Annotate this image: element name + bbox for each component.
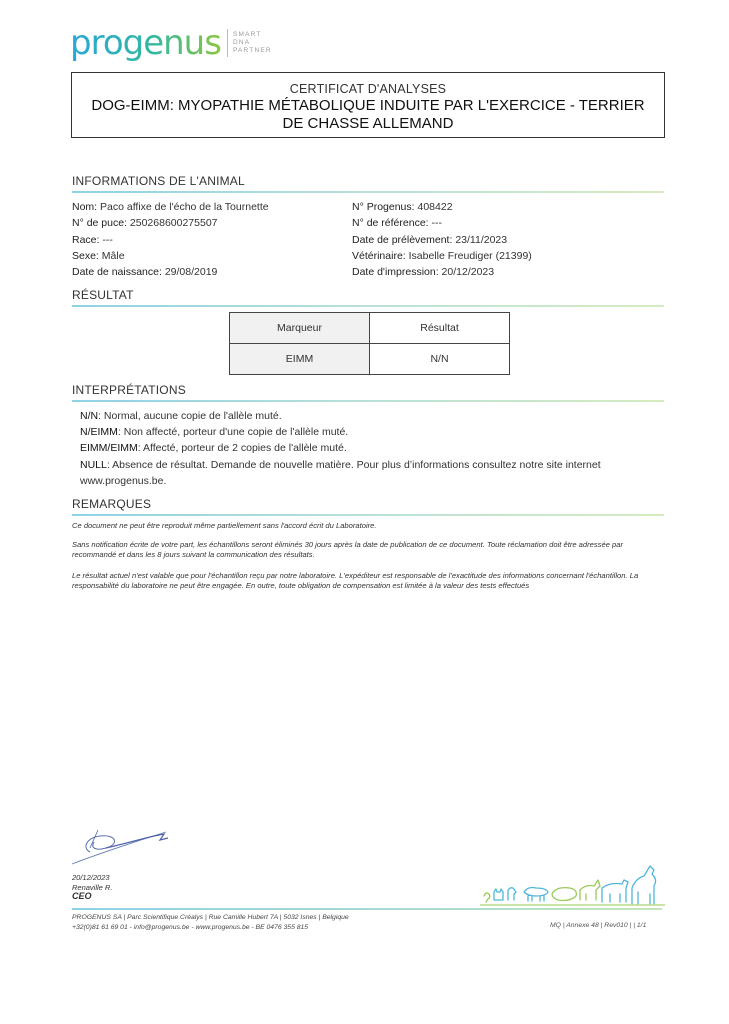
section-divider <box>72 191 664 193</box>
interpretation-item: NULL: Absence de résultat. Demande de no… <box>80 457 660 489</box>
signature-image <box>68 826 178 868</box>
section-interpretations: INTERPRÉTATIONS <box>72 383 664 402</box>
logo-wordmark: progenus <box>70 23 221 63</box>
cat-icon <box>494 889 503 900</box>
interpretation-list: N/N: Normal, aucune copie de l'allèle mu… <box>80 408 660 489</box>
logo-separator <box>227 29 228 57</box>
footer-address-line: PROGENUS SA | Parc Scientifique Créalys … <box>72 913 349 923</box>
field-progenus-no: N° Progenus: 408422 <box>352 199 532 215</box>
column-header: Marqueur <box>230 313 370 344</box>
section-animal-info: INFORMATIONS DE L'ANIMAL <box>72 174 664 193</box>
field-sexe: Sexe: Mâle <box>72 248 269 264</box>
field-reference: N° de référence: --- <box>352 215 532 231</box>
animal-info-left: Nom: Paco affixe de l'écho de la Tournet… <box>72 199 269 280</box>
result-cell: N/N <box>370 344 510 375</box>
section-result: RÉSULTAT <box>72 288 664 307</box>
signature-role: CEO <box>72 892 112 902</box>
field-impression: Date d'impression: 20/12/2023 <box>352 264 532 280</box>
pig-icon <box>552 888 576 901</box>
marker-cell: EIMM <box>230 344 370 375</box>
mouse-icon <box>484 893 490 902</box>
document-reference: MQ | Annexe 48 | Rev010 | | 1/1 <box>550 922 646 929</box>
field-prelevement: Date de prélèvement: 23/11/2023 <box>352 232 532 248</box>
goat-icon <box>580 880 600 900</box>
signature-date: 20/12/2023 <box>72 873 112 883</box>
column-header: Résultat <box>370 313 510 344</box>
footer-contact-line: +32(0)81 61 69 01 - info@progenus.be - w… <box>72 923 349 933</box>
field-nom: Nom: Paco affixe de l'écho de la Tournet… <box>72 199 269 215</box>
signature-block: 20/12/2023 Renaville R. CEO <box>72 873 112 902</box>
cow-icon <box>602 880 628 902</box>
certificate-title-box: CERTIFICAT D'ANALYSES DOG-EIMM: MYOPATHI… <box>71 72 665 138</box>
animal-info-right: N° Progenus: 408422 N° de référence: ---… <box>352 199 532 280</box>
section-heading: RÉSULTAT <box>72 288 664 302</box>
section-divider <box>72 400 664 402</box>
certificate-title: DOG-EIMM: MYOPATHIE MÉTABOLIQUE INDUITE … <box>72 97 664 133</box>
interpretation-item: EIMM/EIMM: Affecté, porteur de 2 copies … <box>80 440 660 456</box>
horse-icon <box>632 866 656 904</box>
remark-paragraph: Sans notification écrite de votre part, … <box>72 540 666 560</box>
sheep-icon <box>524 888 548 902</box>
remark-paragraph: Ce document ne peut être reproduit même … <box>72 521 666 531</box>
progenus-logo: progenus SMART DNA PARTNER <box>70 22 272 64</box>
logo-tagline: SMART DNA PARTNER <box>233 31 272 55</box>
interpretation-item: N/EIMM: Non affecté, porteur d'une copie… <box>80 424 660 440</box>
field-veterinaire: Vétérinaire: Isabelle Freudiger (21399) <box>352 248 532 264</box>
section-remarks: REMARQUES <box>72 497 664 516</box>
field-puce: N° de puce: 250268600275507 <box>72 215 269 231</box>
field-race: Race: --- <box>72 232 269 248</box>
section-heading: REMARQUES <box>72 497 664 511</box>
footer-divider <box>72 908 662 910</box>
certificate-subtitle: CERTIFICAT D'ANALYSES <box>72 82 664 96</box>
footer-address: PROGENUS SA | Parc Scientifique Créalys … <box>72 913 349 932</box>
result-table: Marqueur Résultat EIMM N/N <box>229 312 510 375</box>
section-divider <box>72 305 664 307</box>
dog-icon <box>508 888 516 900</box>
remark-paragraph: Le résultat actuel n'est valable que pou… <box>72 571 666 591</box>
animals-illustration <box>480 858 665 906</box>
field-naissance: Date de naissance: 29/08/2019 <box>72 264 269 280</box>
table-header-row: Marqueur Résultat <box>230 313 510 344</box>
section-heading: INTERPRÉTATIONS <box>72 383 664 397</box>
section-divider <box>72 514 664 516</box>
interpretation-item: N/N: Normal, aucune copie de l'allèle mu… <box>80 408 660 424</box>
section-heading: INFORMATIONS DE L'ANIMAL <box>72 174 664 188</box>
table-row: EIMM N/N <box>230 344 510 375</box>
